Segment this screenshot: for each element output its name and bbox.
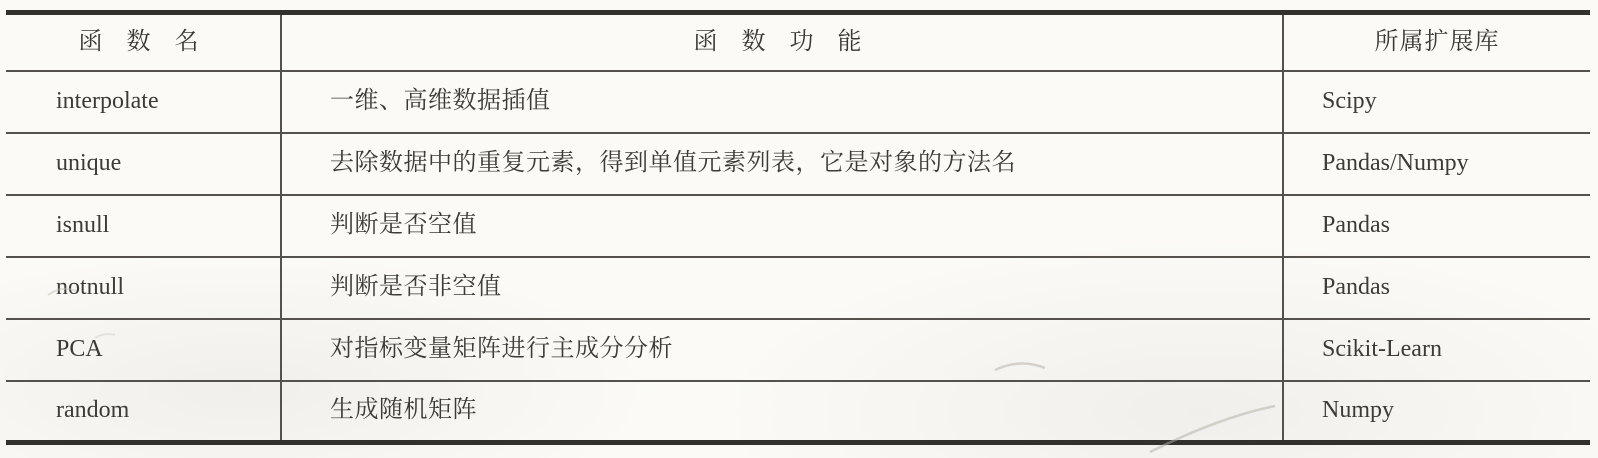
header-row: 函 数 名 函 数 功 能 所属扩展库: [6, 13, 1590, 71]
library-cell: Numpy: [1283, 381, 1590, 443]
scanned-page: { "table": { "columns": [ { "label": "函 …: [0, 0, 1598, 458]
function-desc-cell: 生成随机矩阵: [281, 381, 1283, 443]
function-desc-cell: 判断是否非空值: [281, 257, 1283, 319]
library-cell: Scipy: [1283, 71, 1590, 133]
library-cell: Pandas/Numpy: [1283, 133, 1590, 195]
table-row: notnull 判断是否非空值 Pandas: [6, 257, 1590, 319]
library-cell: Scikit-Learn: [1283, 319, 1590, 381]
col-header-function-name: 函 数 名: [6, 13, 281, 71]
function-name-cell: unique: [6, 133, 281, 195]
function-name-cell: notnull: [6, 257, 281, 319]
function-reference-table: 函 数 名 函 数 功 能 所属扩展库 interpolate 一维、高维数据插…: [6, 10, 1590, 445]
function-desc-cell: 对指标变量矩阵进行主成分分析: [281, 319, 1283, 381]
table-row: interpolate 一维、高维数据插值 Scipy: [6, 71, 1590, 133]
function-desc-cell: 一维、高维数据插值: [281, 71, 1283, 133]
function-name-cell: interpolate: [6, 71, 281, 133]
function-name-cell: PCA: [6, 319, 281, 381]
library-cell: Pandas: [1283, 257, 1590, 319]
library-cell: Pandas: [1283, 195, 1590, 257]
function-name-cell: isnull: [6, 195, 281, 257]
function-name-cell: random: [6, 381, 281, 443]
table-row: unique 去除数据中的重复元素，得到单值元素列表，它是对象的方法名 Pand…: [6, 133, 1590, 195]
col-header-function-purpose: 函 数 功 能: [281, 13, 1283, 71]
table-row: random 生成随机矩阵 Numpy: [6, 381, 1590, 443]
col-header-library: 所属扩展库: [1283, 13, 1590, 71]
table-row: isnull 判断是否空值 Pandas: [6, 195, 1590, 257]
function-desc-cell: 去除数据中的重复元素，得到单值元素列表，它是对象的方法名: [281, 133, 1283, 195]
table-row: PCA 对指标变量矩阵进行主成分分析 Scikit-Learn: [6, 319, 1590, 381]
function-desc-cell: 判断是否空值: [281, 195, 1283, 257]
